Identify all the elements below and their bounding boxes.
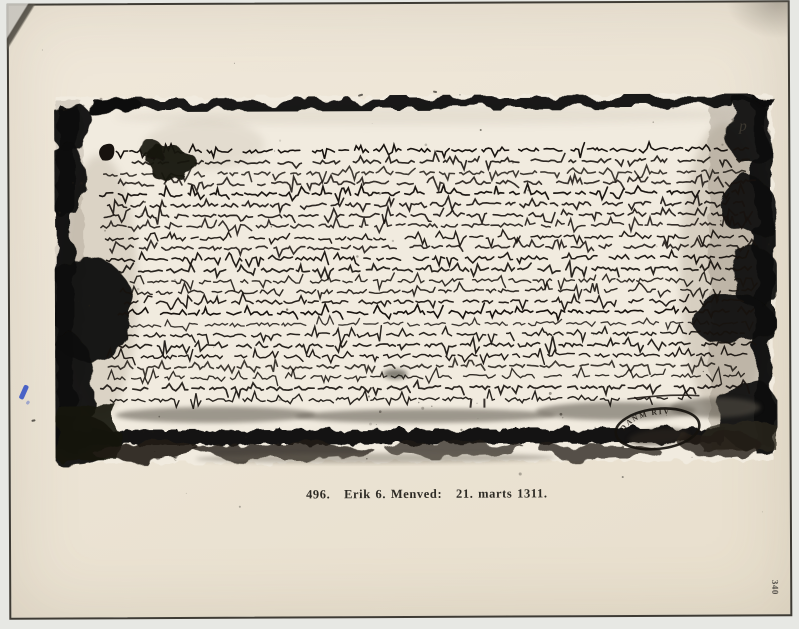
corner-number: 340 xyxy=(764,577,786,597)
card-corner-shade xyxy=(719,1,789,43)
dust-speck xyxy=(42,50,43,51)
dust-speck xyxy=(239,506,241,508)
blue-ink-mark xyxy=(19,384,30,400)
folio-mark: p xyxy=(738,118,747,134)
caption-ruler: Erik 6. Menved: xyxy=(344,487,442,502)
parchment-svg: DANM RIVp xyxy=(54,92,778,467)
dust-speck xyxy=(234,63,235,64)
card-corner-damage xyxy=(7,4,49,70)
scan-background: DANM RIVp 496. Erik 6. Menved: 21. marts… xyxy=(0,0,799,629)
caption-number: 496. xyxy=(306,487,330,502)
dust-speck xyxy=(519,472,522,475)
blue-ink-speck xyxy=(25,400,30,405)
ink-speck xyxy=(31,419,35,422)
caption: 496. Erik 6. Menved: 21. marts 1311. xyxy=(43,485,799,503)
parchment-photo: DANM RIVp xyxy=(54,92,778,467)
dust-speck xyxy=(433,91,437,94)
dust-speck xyxy=(762,511,763,512)
dust-speck xyxy=(622,476,624,478)
photo-card: DANM RIVp 496. Erik 6. Menved: 21. marts… xyxy=(7,0,793,619)
caption-date: 21. marts 1311. xyxy=(456,486,548,501)
